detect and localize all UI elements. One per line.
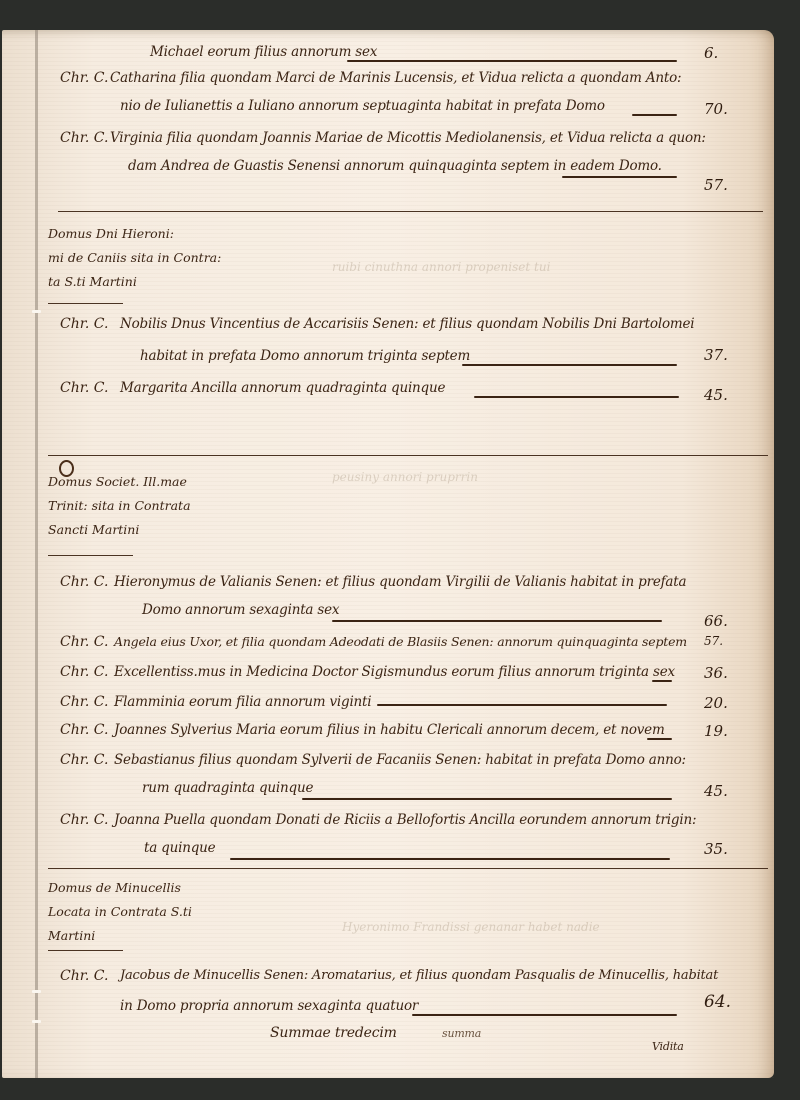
entry-line: Michael eorum filius annorum sex (150, 44, 377, 60)
header-underline (48, 555, 133, 556)
age-leader (562, 176, 677, 178)
age-leader (230, 858, 670, 860)
household-header: Domus Societ. Ill.mae Trinit: sita in Co… (48, 470, 191, 542)
entry-prefix: Chr. C. (60, 694, 108, 710)
age-value: 45. (704, 386, 728, 404)
entry-line: rum quadraginta quinque (142, 780, 313, 796)
bleed-through-text: ruibi cinuthna annori propeniset tui (332, 260, 550, 274)
header-underline (48, 303, 123, 304)
entry-line: ta quinque (144, 840, 215, 856)
age-value: 36. (704, 664, 728, 682)
entry-line: Catharina filia quondam Marci de Marinis… (110, 70, 681, 86)
household-header: Domus de Minucellis Locata in Contrata S… (48, 876, 192, 948)
entry-prefix: Chr. C. (60, 812, 108, 828)
age-value: 66. (704, 612, 728, 630)
entry-line: Jacobus de Minucellis Senen: Aromatarius… (120, 968, 718, 983)
entry-prefix: Chr. C. (60, 380, 108, 396)
age-leader (302, 798, 672, 800)
section-divider (48, 455, 768, 456)
age-value: 70. (704, 100, 728, 118)
age-value: 37. (704, 346, 728, 364)
section-divider (58, 211, 763, 212)
entry-line: Joanna Puella quondam Donati de Riciis a… (114, 812, 696, 828)
age-value: 20. (704, 694, 728, 712)
manuscript-page: ruibi cinuthna annori propeniset tui peu… (2, 30, 774, 1078)
age-leader (652, 680, 672, 682)
age-leader (632, 114, 677, 116)
age-leader (412, 1014, 677, 1016)
entry-line: Domo annorum sexaginta sex (142, 602, 339, 618)
entry-line: Sebastianus filius quondam Sylverii de F… (114, 752, 686, 768)
total-summary-faint: summa (442, 1027, 481, 1040)
total-summary: Summae tredecim (270, 1025, 397, 1041)
entry-prefix: Chr. C. (60, 664, 108, 680)
household-header: Domus Dni Hieroni: mi de Caniis sita in … (48, 222, 221, 294)
entry-line: Joannes Sylverius Maria eorum filius in … (114, 722, 665, 738)
entry-prefix: Chr. C. (60, 968, 108, 984)
age-leader (332, 620, 662, 622)
age-value: 57. (704, 176, 728, 194)
age-value: 35. (704, 840, 728, 858)
entry-line: Angela eius Uxor, et filia quondam Adeod… (114, 634, 687, 649)
entry-line: Hieronymus de Valianis Senen: et filius … (114, 574, 686, 590)
entry-prefix: Chr. C. (60, 634, 108, 650)
age-value: 6. (704, 44, 718, 62)
entry-prefix: Chr. C. (60, 722, 108, 738)
age-value: 64. (704, 992, 731, 1012)
bleed-through-text: peusiny annori pruprrin (332, 470, 478, 484)
signature: Vidita (652, 1040, 684, 1053)
entry-line: dam Andrea de Guastis Senensi annorum qu… (128, 158, 662, 174)
header-underline (48, 950, 123, 951)
age-value: 57. (704, 634, 723, 648)
entry-prefix: Chr. C. (60, 316, 108, 332)
age-leader (347, 60, 677, 62)
age-leader (647, 738, 672, 740)
entry-line: in Domo propria annorum sexaginta quatuo… (120, 998, 418, 1014)
entry-line: Nobilis Dnus Vincentius de Accarisiis Se… (120, 316, 694, 332)
entry-prefix: Chr. C. (60, 70, 108, 86)
binding-stitch (32, 310, 41, 313)
age-value: 19. (704, 722, 728, 740)
entry-prefix: Chr. C. (60, 574, 108, 590)
age-leader (377, 704, 667, 706)
entry-line: Excellentiss.mus in Medicina Doctor Sigi… (114, 664, 675, 680)
age-leader (474, 396, 679, 398)
binding-stitch (32, 1020, 41, 1023)
entry-line: habitat in prefata Domo annorum triginta… (140, 348, 470, 364)
entry-prefix: Chr. C. (60, 752, 108, 768)
binding-fold (35, 30, 38, 1078)
entry-prefix: Chr. C. (60, 130, 108, 146)
section-divider (48, 868, 768, 869)
age-value: 45. (704, 782, 728, 800)
entry-line: Margarita Ancilla annorum quadraginta qu… (120, 380, 445, 396)
age-leader (462, 364, 677, 366)
entry-line: Flamminia eorum filia annorum viginti (114, 694, 371, 710)
entry-line: nio de Iulianettis a Iuliano annorum sep… (120, 98, 605, 114)
bleed-through-text: Hyeronimo Frandissi genanar habet nadie (342, 920, 600, 934)
entry-line: Virginia filia quondam Joannis Mariae de… (110, 130, 706, 146)
binding-stitch (32, 990, 41, 993)
